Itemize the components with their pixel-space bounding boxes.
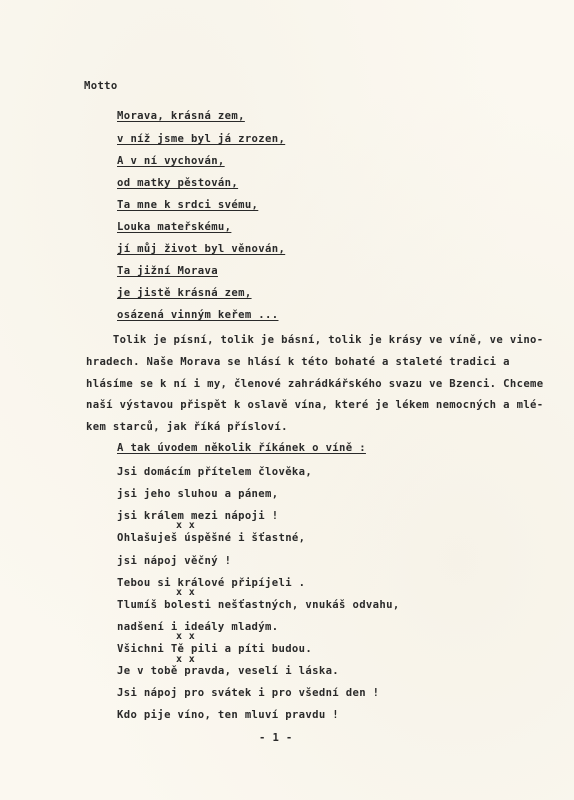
verse-line: nadšení i ideály mladým. <box>117 621 278 633</box>
verse-line: Kdo pije víno, ten mluví pravdu ! <box>117 709 339 721</box>
motto-poem-line: Ta mne k srdci svému, <box>117 199 258 211</box>
paragraph-line: hlásíme se k ní i my, členové zahrádkářs… <box>86 378 544 390</box>
separator-marks: x x <box>176 520 195 532</box>
motto-poem-line: je jistě krásná zem, <box>117 287 252 299</box>
page-number: - 1 - <box>259 732 293 744</box>
document-page: Motto Morava, krásná zem, v níž jsme byl… <box>0 0 574 800</box>
motto-poem-line: jí můj život byl věnován, <box>117 243 285 255</box>
verse-line: Ohlašuješ úspěšné i šťastné, <box>117 532 305 544</box>
motto-poem-line: A v ní vychován, <box>117 155 225 167</box>
paragraph-line: hradech. Naše Morava se hlásí k této boh… <box>86 356 510 368</box>
verse-line: jsi králem mezi nápoji ! <box>117 510 278 522</box>
verse-line: Jsi domácím přítelem člověka, <box>117 466 312 478</box>
sayings-heading: A tak úvodem několik říkánek o víně : <box>117 442 366 454</box>
motto-poem-line: v níž jsme byl já zrozen, <box>117 133 285 145</box>
verse-line: Jsi nápoj pro svátek i pro všední den ! <box>117 687 379 699</box>
verse-line: Je v tobě pravda, veselí i láska. <box>117 665 339 677</box>
verse-line: Všichni Tě pili a píti budou. <box>117 643 312 655</box>
verse-line: Tlumíš bolesti nešťastných, vnukáš odvah… <box>117 599 400 611</box>
motto-poem-line: Morava, krásná zem, <box>117 110 245 122</box>
motto-label: Motto <box>84 80 118 92</box>
verse-line: jsi nápoj věčný ! <box>117 555 231 567</box>
separator-marks: x x <box>176 631 195 643</box>
paragraph-line: Tolik je písní, tolik je básní, tolik je… <box>86 334 544 346</box>
motto-poem-line: od matky pěstován, <box>117 177 238 189</box>
verse-line: jsi jeho sluhou a pánem, <box>117 488 278 500</box>
motto-poem-line: osázená vinným keřem ... <box>117 309 278 321</box>
motto-poem-line: Ta jižní Morava <box>117 265 218 277</box>
motto-poem-line: Louka mateřskému, <box>117 221 231 233</box>
paragraph-line: naší výstavou přispět k oslavě vína, kte… <box>86 399 544 411</box>
paragraph-line: kem starců, jak říká přísloví. <box>86 421 288 433</box>
verse-line: Tebou si králové připíjeli . <box>117 577 305 589</box>
separator-marks: x x <box>176 587 195 599</box>
